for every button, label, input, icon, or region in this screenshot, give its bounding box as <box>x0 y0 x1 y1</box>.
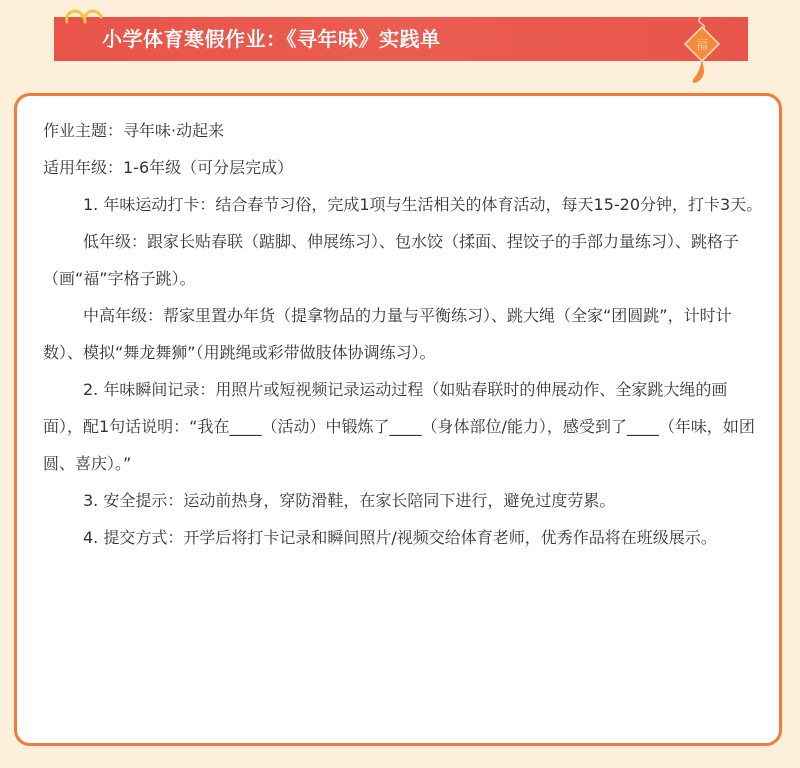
cloud-curl-icon <box>64 5 108 25</box>
title-banner: 小学体育寒假作业：《寻年味》实践单 <box>54 17 748 61</box>
fu-glyph: 福 <box>696 38 708 52</box>
assignment-card: 作业主题：寻年味·动起来 适用年级：1-6年级（可分层完成） 1. 年味运动打卡… <box>14 93 782 746</box>
grade-line: 适用年级：1-6年级（可分层完成） <box>43 149 763 186</box>
item-record-moment: 2. 年味瞬间记录：用照片或短视频记录运动过程（如贴春联时的伸展动作、全家跳大绳… <box>43 371 763 482</box>
page-title: 小学体育寒假作业：《寻年味》实践单 <box>102 17 441 61</box>
theme-line: 作业主题：寻年味·动起来 <box>43 112 763 149</box>
item-submission: 4. 提交方式：开学后将打卡记录和瞬间照片/视频交给体育老师，优秀作品将在班级展… <box>43 519 763 556</box>
item-upper-grade: 中高年级：帮家里置办年货（提拿物品的力量与平衡练习）、跳大绳（全家“团圆跳”，计… <box>43 297 763 371</box>
item-checkin: 1. 年味运动打卡：结合春节习俗，完成1项与生活相关的体育活动，每天15-20分… <box>43 186 763 223</box>
fu-charm-icon: 福 <box>680 14 724 88</box>
item-safety: 3. 安全提示：运动前热身，穿防滑鞋，在家长陪同下进行，避免过度劳累。 <box>43 482 763 519</box>
assignment-content: 作业主题：寻年味·动起来 适用年级：1-6年级（可分层完成） 1. 年味运动打卡… <box>43 112 763 556</box>
item-lower-grade: 低年级：跟家长贴春联（踮脚、伸展练习）、包水饺（揉面、捏饺子的手部力量练习）、跳… <box>43 223 763 297</box>
